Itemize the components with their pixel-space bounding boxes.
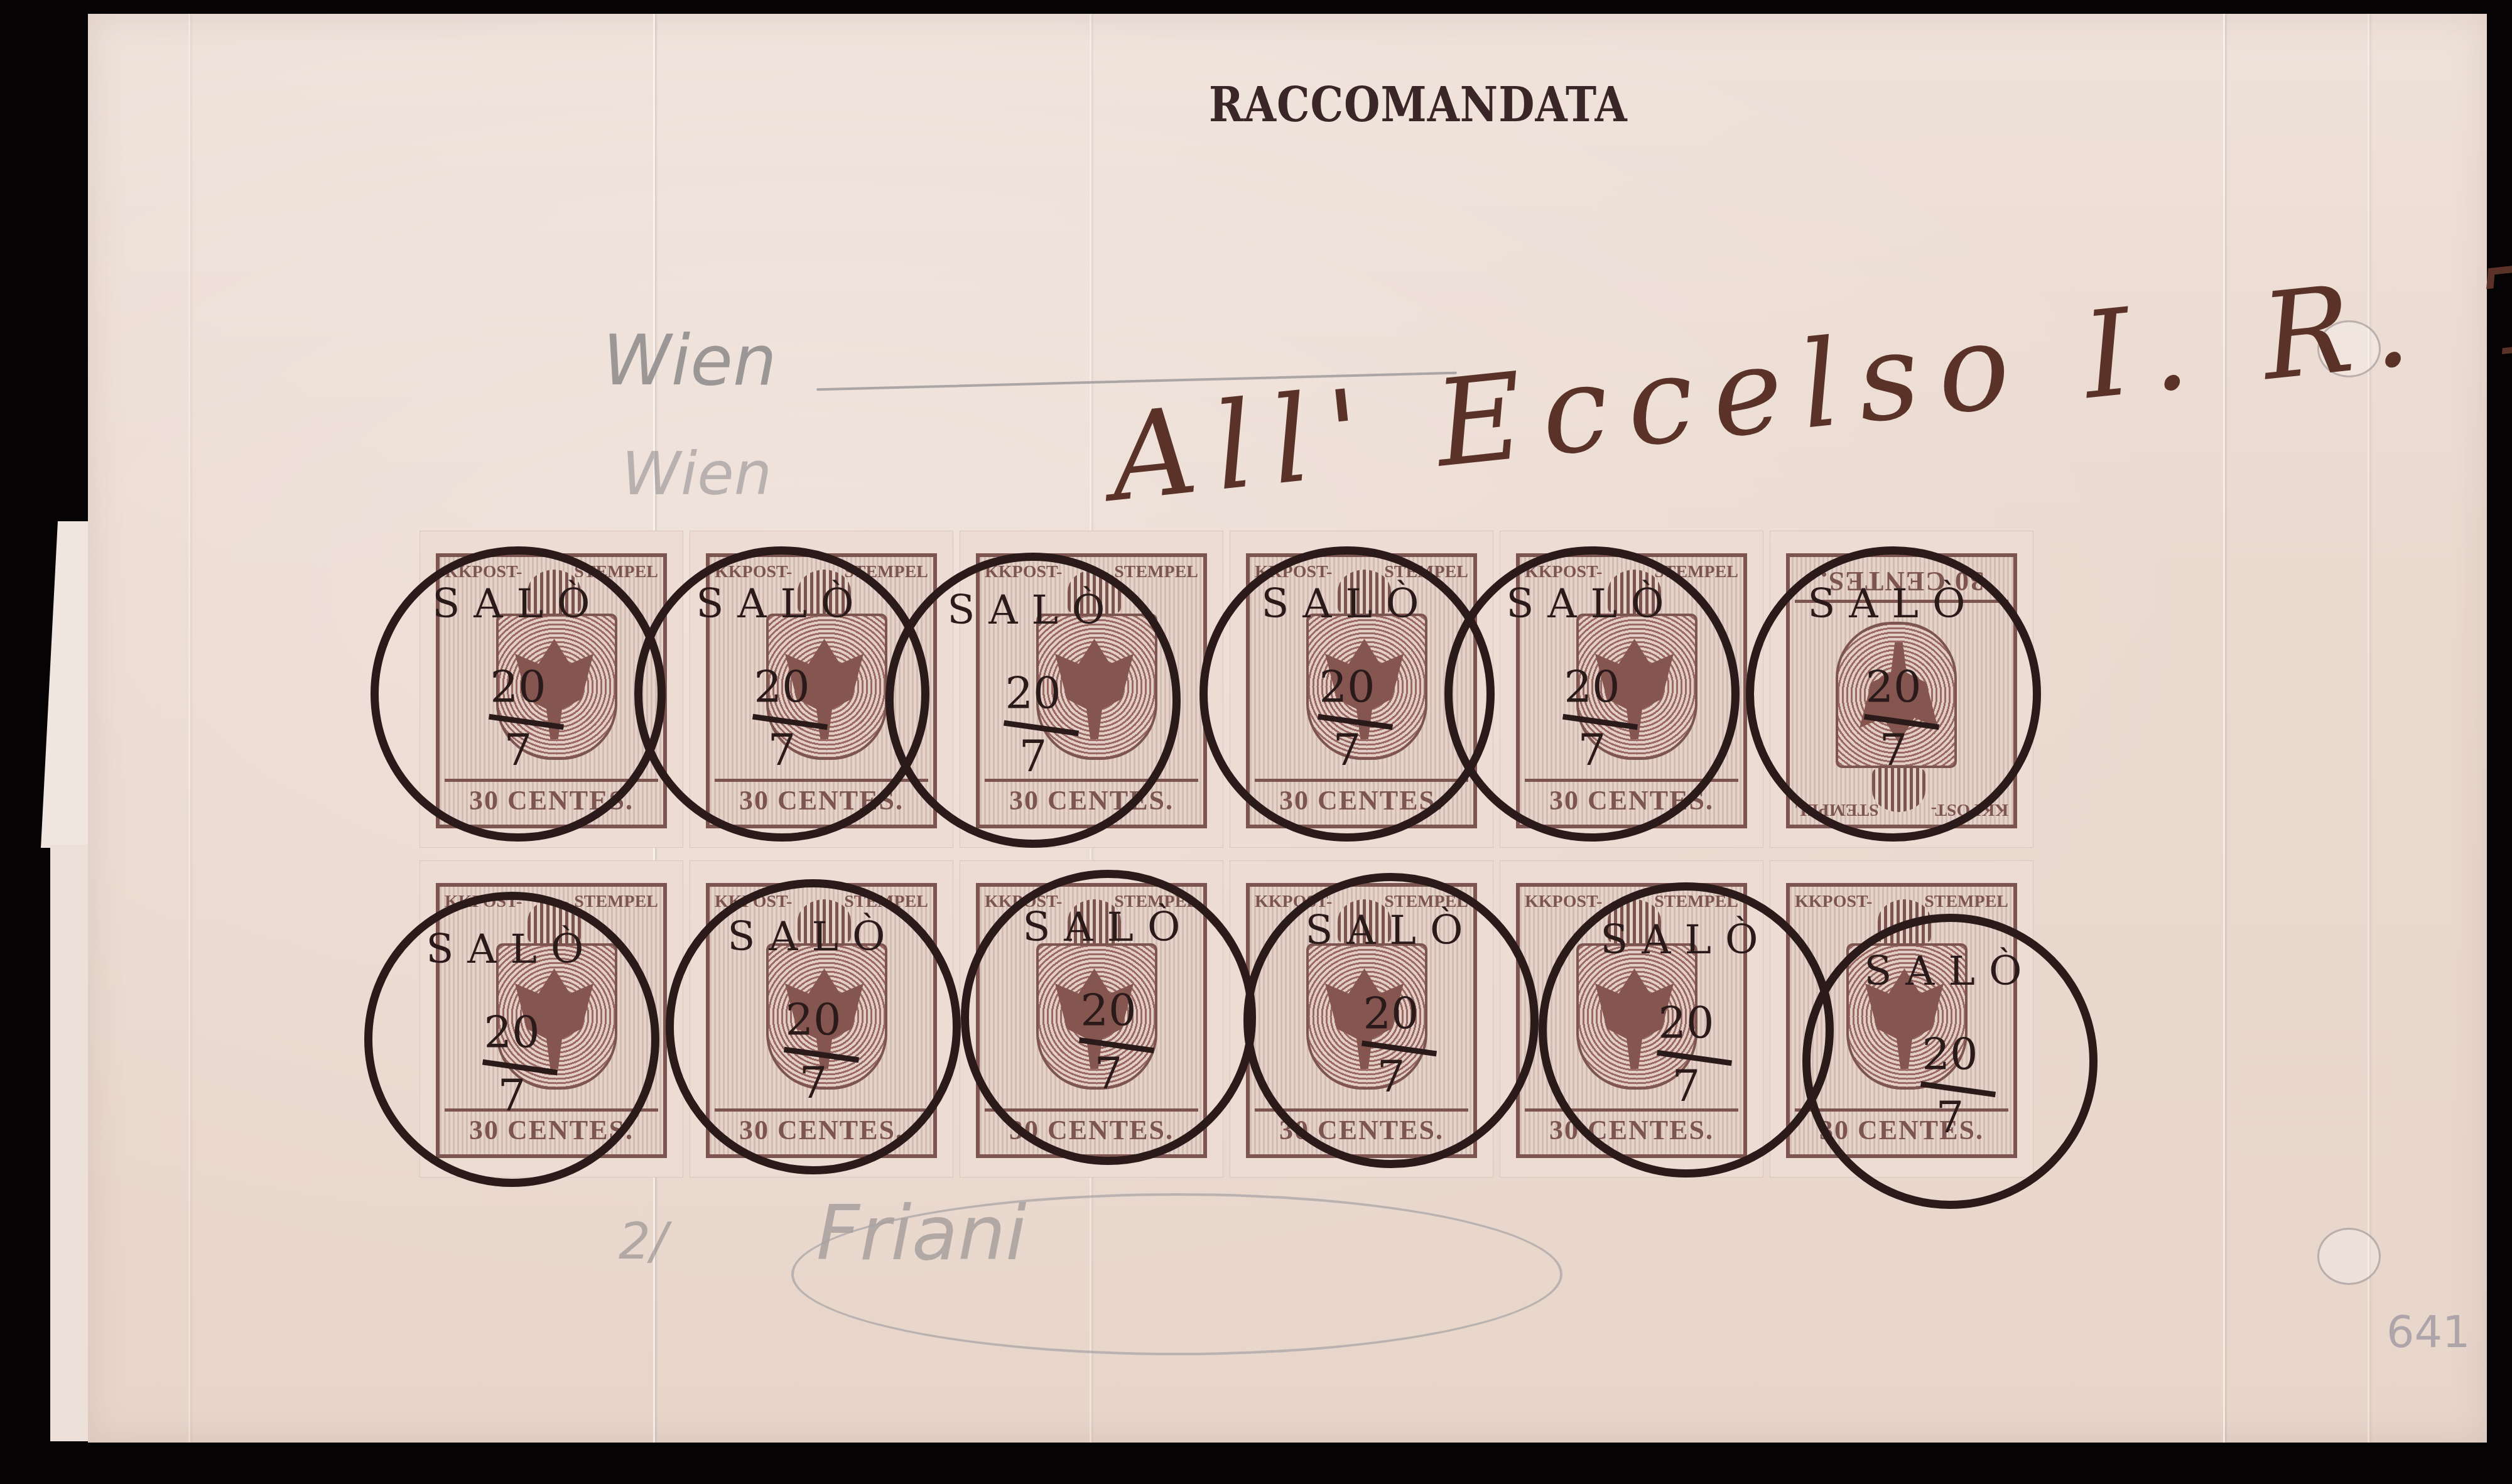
stamp: KKPOST-STEMPEL30 CENTES. [1230, 531, 1493, 848]
stamp: KKPOST-STEMPEL30 CENTES. [1500, 860, 1763, 1178]
stamp-inverted: KKPOST-STEMPEL30 CENTES. [1770, 531, 2033, 848]
stamp: KKPOST-STEMPEL30 CENTES. [420, 531, 683, 848]
stamp: KKPOST-STEMPEL30 CENTES. [420, 860, 683, 1178]
fold-line [2368, 14, 2369, 1443]
stamp: KKPOST-STEMPEL30 CENTES. [1770, 860, 2033, 1178]
stamp: KKPOST-STEMPEL30 CENTES. [690, 531, 953, 848]
stamp: KKPOST-STEMPEL30 CENTES. [690, 860, 953, 1178]
pencil-oval-flourish [791, 1193, 1562, 1355]
stamp-block: KKPOST-STEMPEL30 CENTES. KKPOST-STEMPEL3… [420, 531, 2046, 1181]
stamp: KKPOST-STEMPEL30 CENTES. [1230, 860, 1493, 1178]
corner-pencil-number: 641 [2386, 1306, 2471, 1358]
pencil-note-prefix: 2/ [619, 1212, 668, 1270]
fold-line [2223, 14, 2225, 1443]
stamp: KKPOST-STEMPEL30 CENTES. [960, 531, 1223, 848]
raccomandata-handstamp: RACCOMANDATA [1209, 77, 1628, 133]
pencil-note-wien: Wien [603, 320, 777, 401]
seal-hole-bottom [2317, 1228, 2381, 1285]
fold-line [188, 14, 190, 1443]
stamp: KKPOST-STEMPEL30 CENTES. [960, 860, 1223, 1178]
pencil-note-wien-2: Wien [622, 440, 772, 509]
stamp: KKPOST-STEMPEL30 CENTES. [1500, 531, 1763, 848]
